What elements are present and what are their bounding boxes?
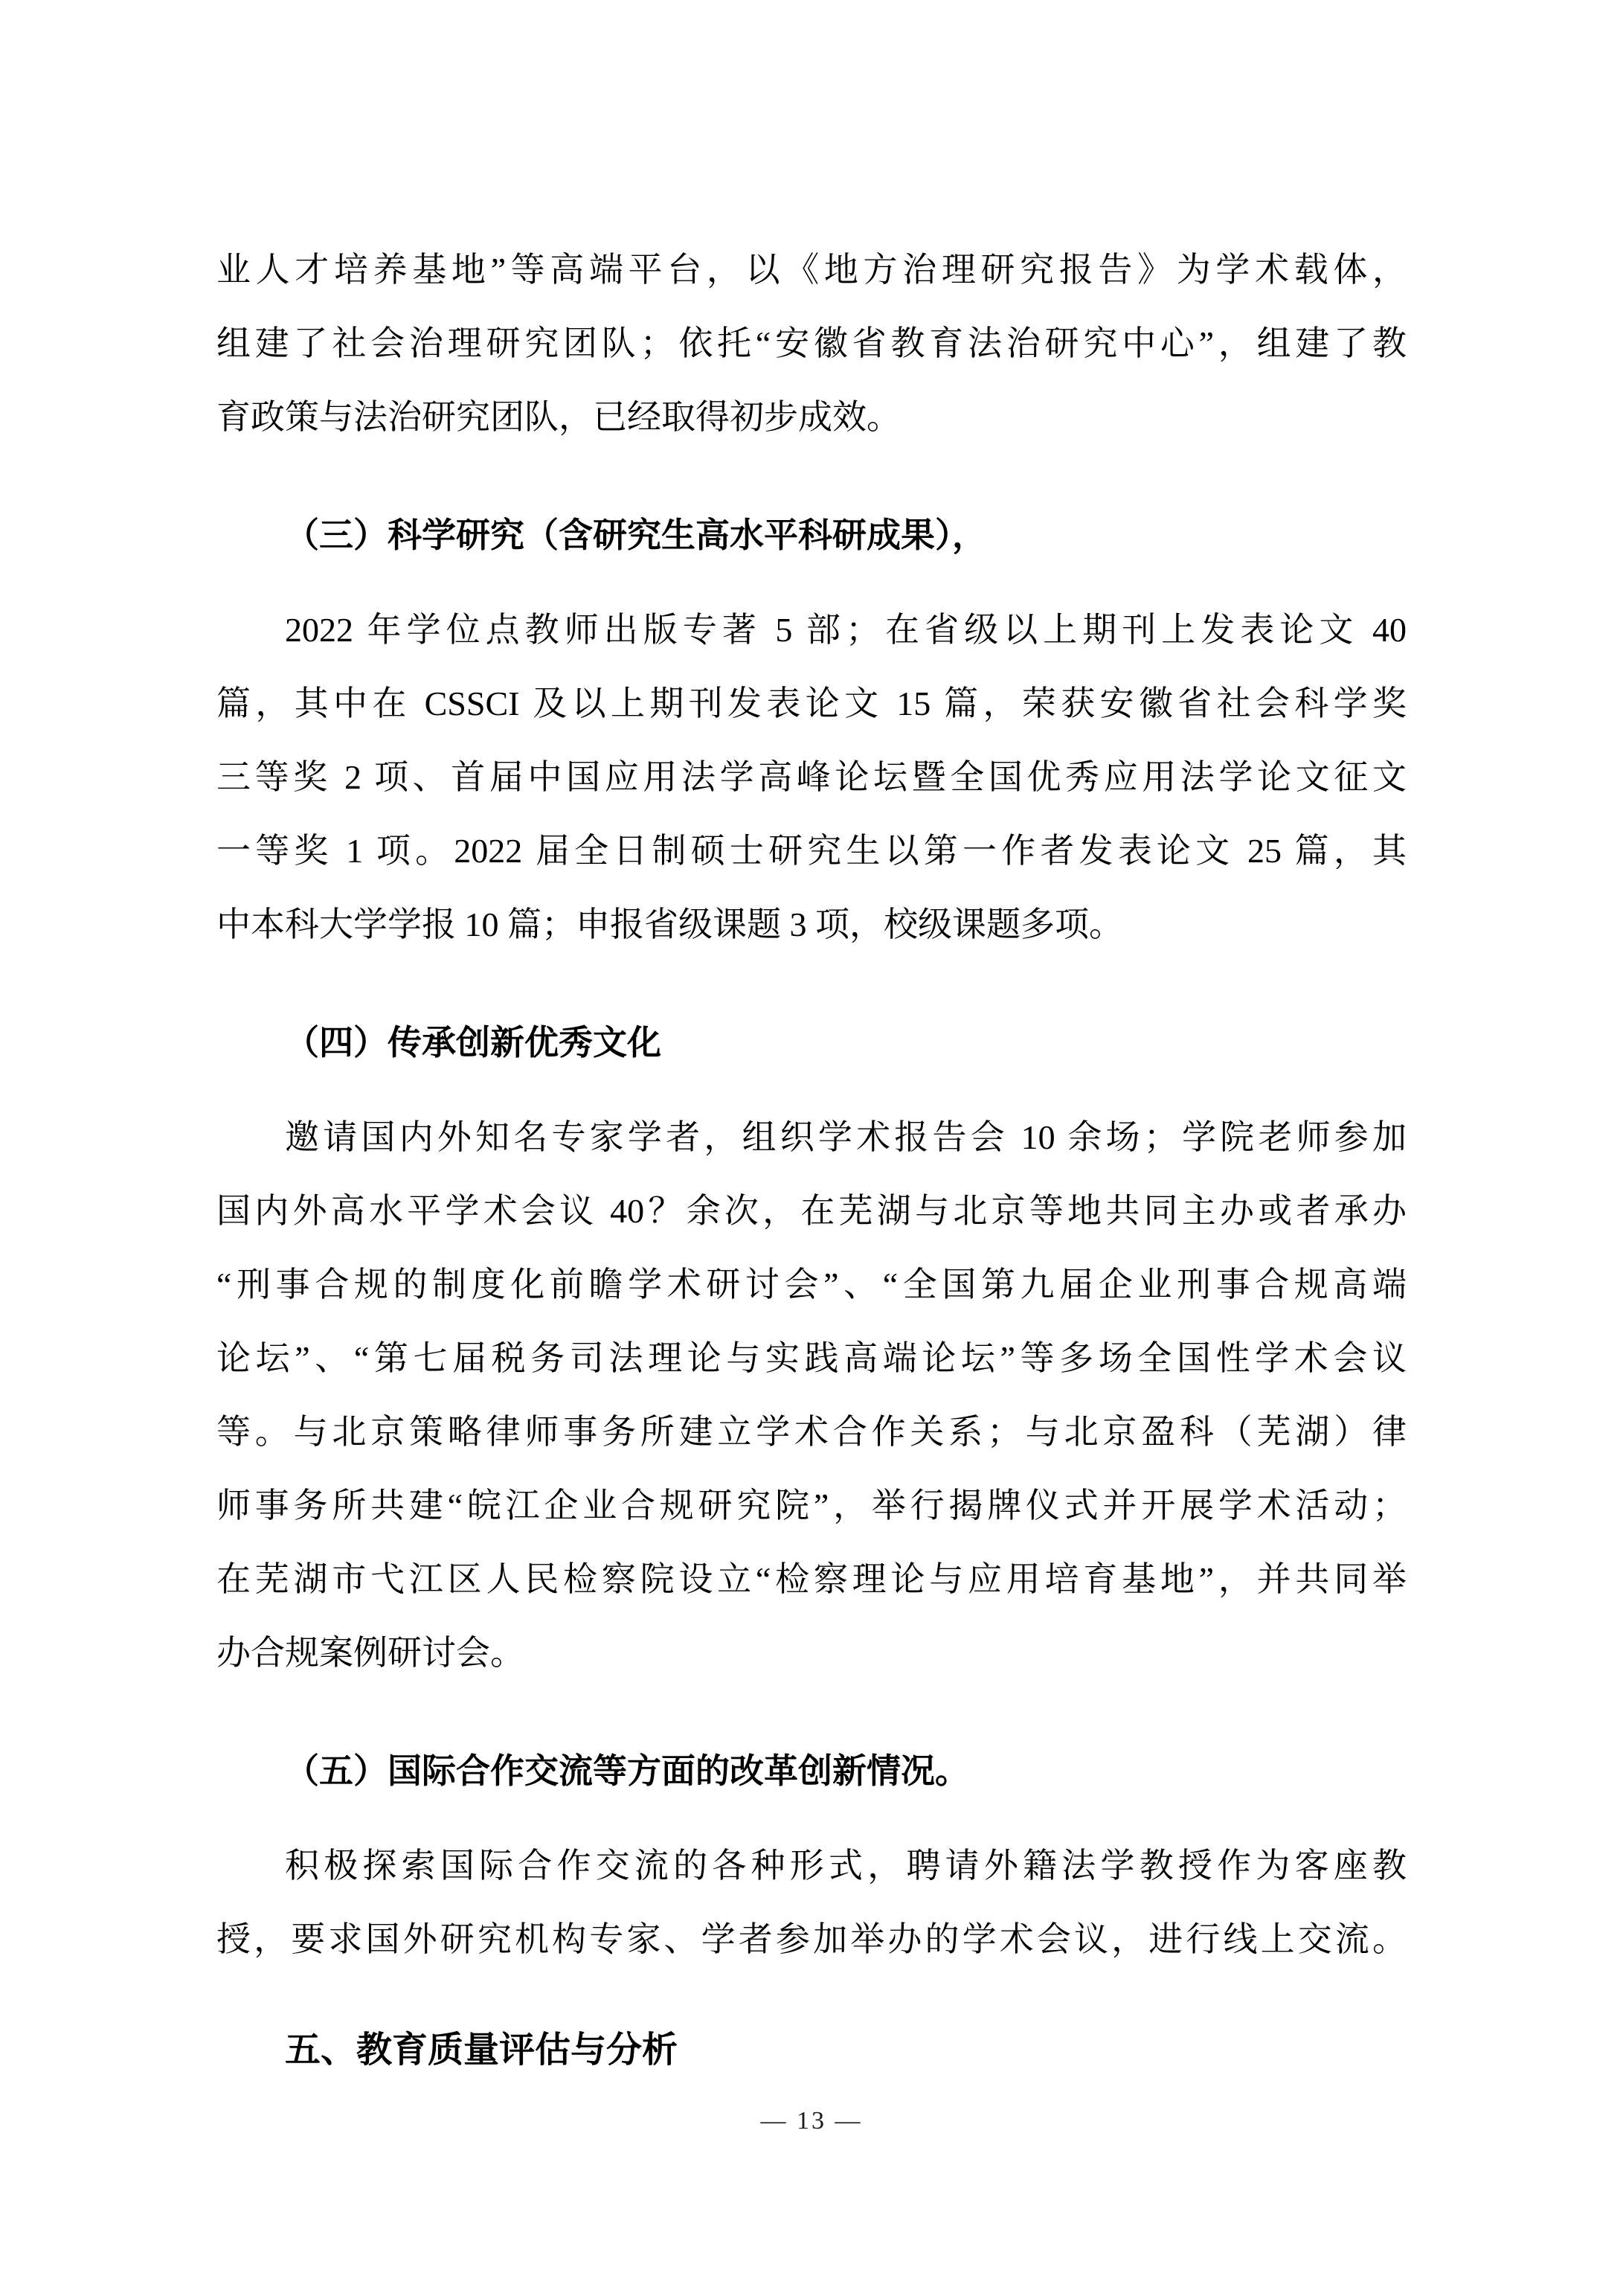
text-line: 业人才培养基地”等高端平台，以《地方治理研究报告》为学术载体， (216, 233, 1407, 307)
heading-section-5: （五）国际合作交流等方面的改革创新情况。 (216, 1734, 1407, 1808)
text-line: 在芜湖市弋江区人民检察院设立“检察理论与应用培育基地”，并共同举 (216, 1542, 1407, 1616)
text-line: 篇，其中在 CSSCI 及以上期刊发表论文 15 篇，荣获安徽省社会科学奖 (216, 667, 1407, 740)
text-line: 育政策与法治研究团队，已经取得初步成效。 (216, 380, 1407, 454)
text-line: 中本科大学学报 10 篇；申报省级课题 3 项，校级课题多项。 (216, 888, 1407, 961)
text-line: 授，要求国外研究机构专家、学者参加举办的学术会议，进行线上交流。 (216, 1902, 1407, 1976)
text-line: 组建了社会治理研究团队；依托“安徽省教育法治研究中心”，组建了教 (216, 307, 1407, 380)
heading-section-3: （三）科学研究（含研究生高水平科研成果）， (216, 498, 1407, 572)
text-line: 邀请国内外知名专家学者，组织学术报告会 10 余场；学院老师参加 (216, 1100, 1407, 1174)
text-line: 积极探索国际合作交流的各种形式，聘请外籍法学教授作为客座教 (216, 1829, 1407, 1902)
text-line: “刑事合规的制度化前瞻学术研讨会”、“全国第九届企业刑事合规高端 (216, 1248, 1407, 1321)
chapter-heading-5: 五、教育质量评估与分析 (216, 2013, 1407, 2087)
document-page: 业人才培养基地”等高端平台，以《地方治理研究报告》为学术载体， 组建了社会治理研… (0, 0, 1623, 2296)
text-line: 国内外高水平学术会议 40？余次，在芜湖与北京等地共同主办或者承办 (216, 1174, 1407, 1248)
heading-section-4: （四）传承创新优秀文化 (216, 1006, 1407, 1080)
text-line: 三等奖 2 项、首届中国应用法学高峰论坛暨全国优秀应用法学论文征文 (216, 740, 1407, 814)
page-number: — 13 — (0, 2107, 1623, 2135)
text-line: 一等奖 1 项。2022 届全日制硕士研究生以第一作者发表论文 25 篇，其 (216, 814, 1407, 888)
text-line: 等。与北京策略律师事务所建立学术合作关系；与北京盈科（芜湖）律 (216, 1395, 1407, 1469)
text-line: 2022 年学位点教师出版专著 5 部；在省级以上期刊上发表论文 40 (216, 593, 1407, 667)
text-line: 办合规案例研讨会。 (216, 1616, 1407, 1690)
text-line: 师事务所共建“皖江企业合规研究院”，举行揭牌仪式并开展学术活动； (216, 1469, 1407, 1542)
text-line: 论坛”、“第七届税务司法理论与实践高端论坛”等多场全国性学术会议 (216, 1321, 1407, 1395)
text-body: 业人才培养基地”等高端平台，以《地方治理研究报告》为学术载体， 组建了社会治理研… (216, 233, 1407, 2087)
